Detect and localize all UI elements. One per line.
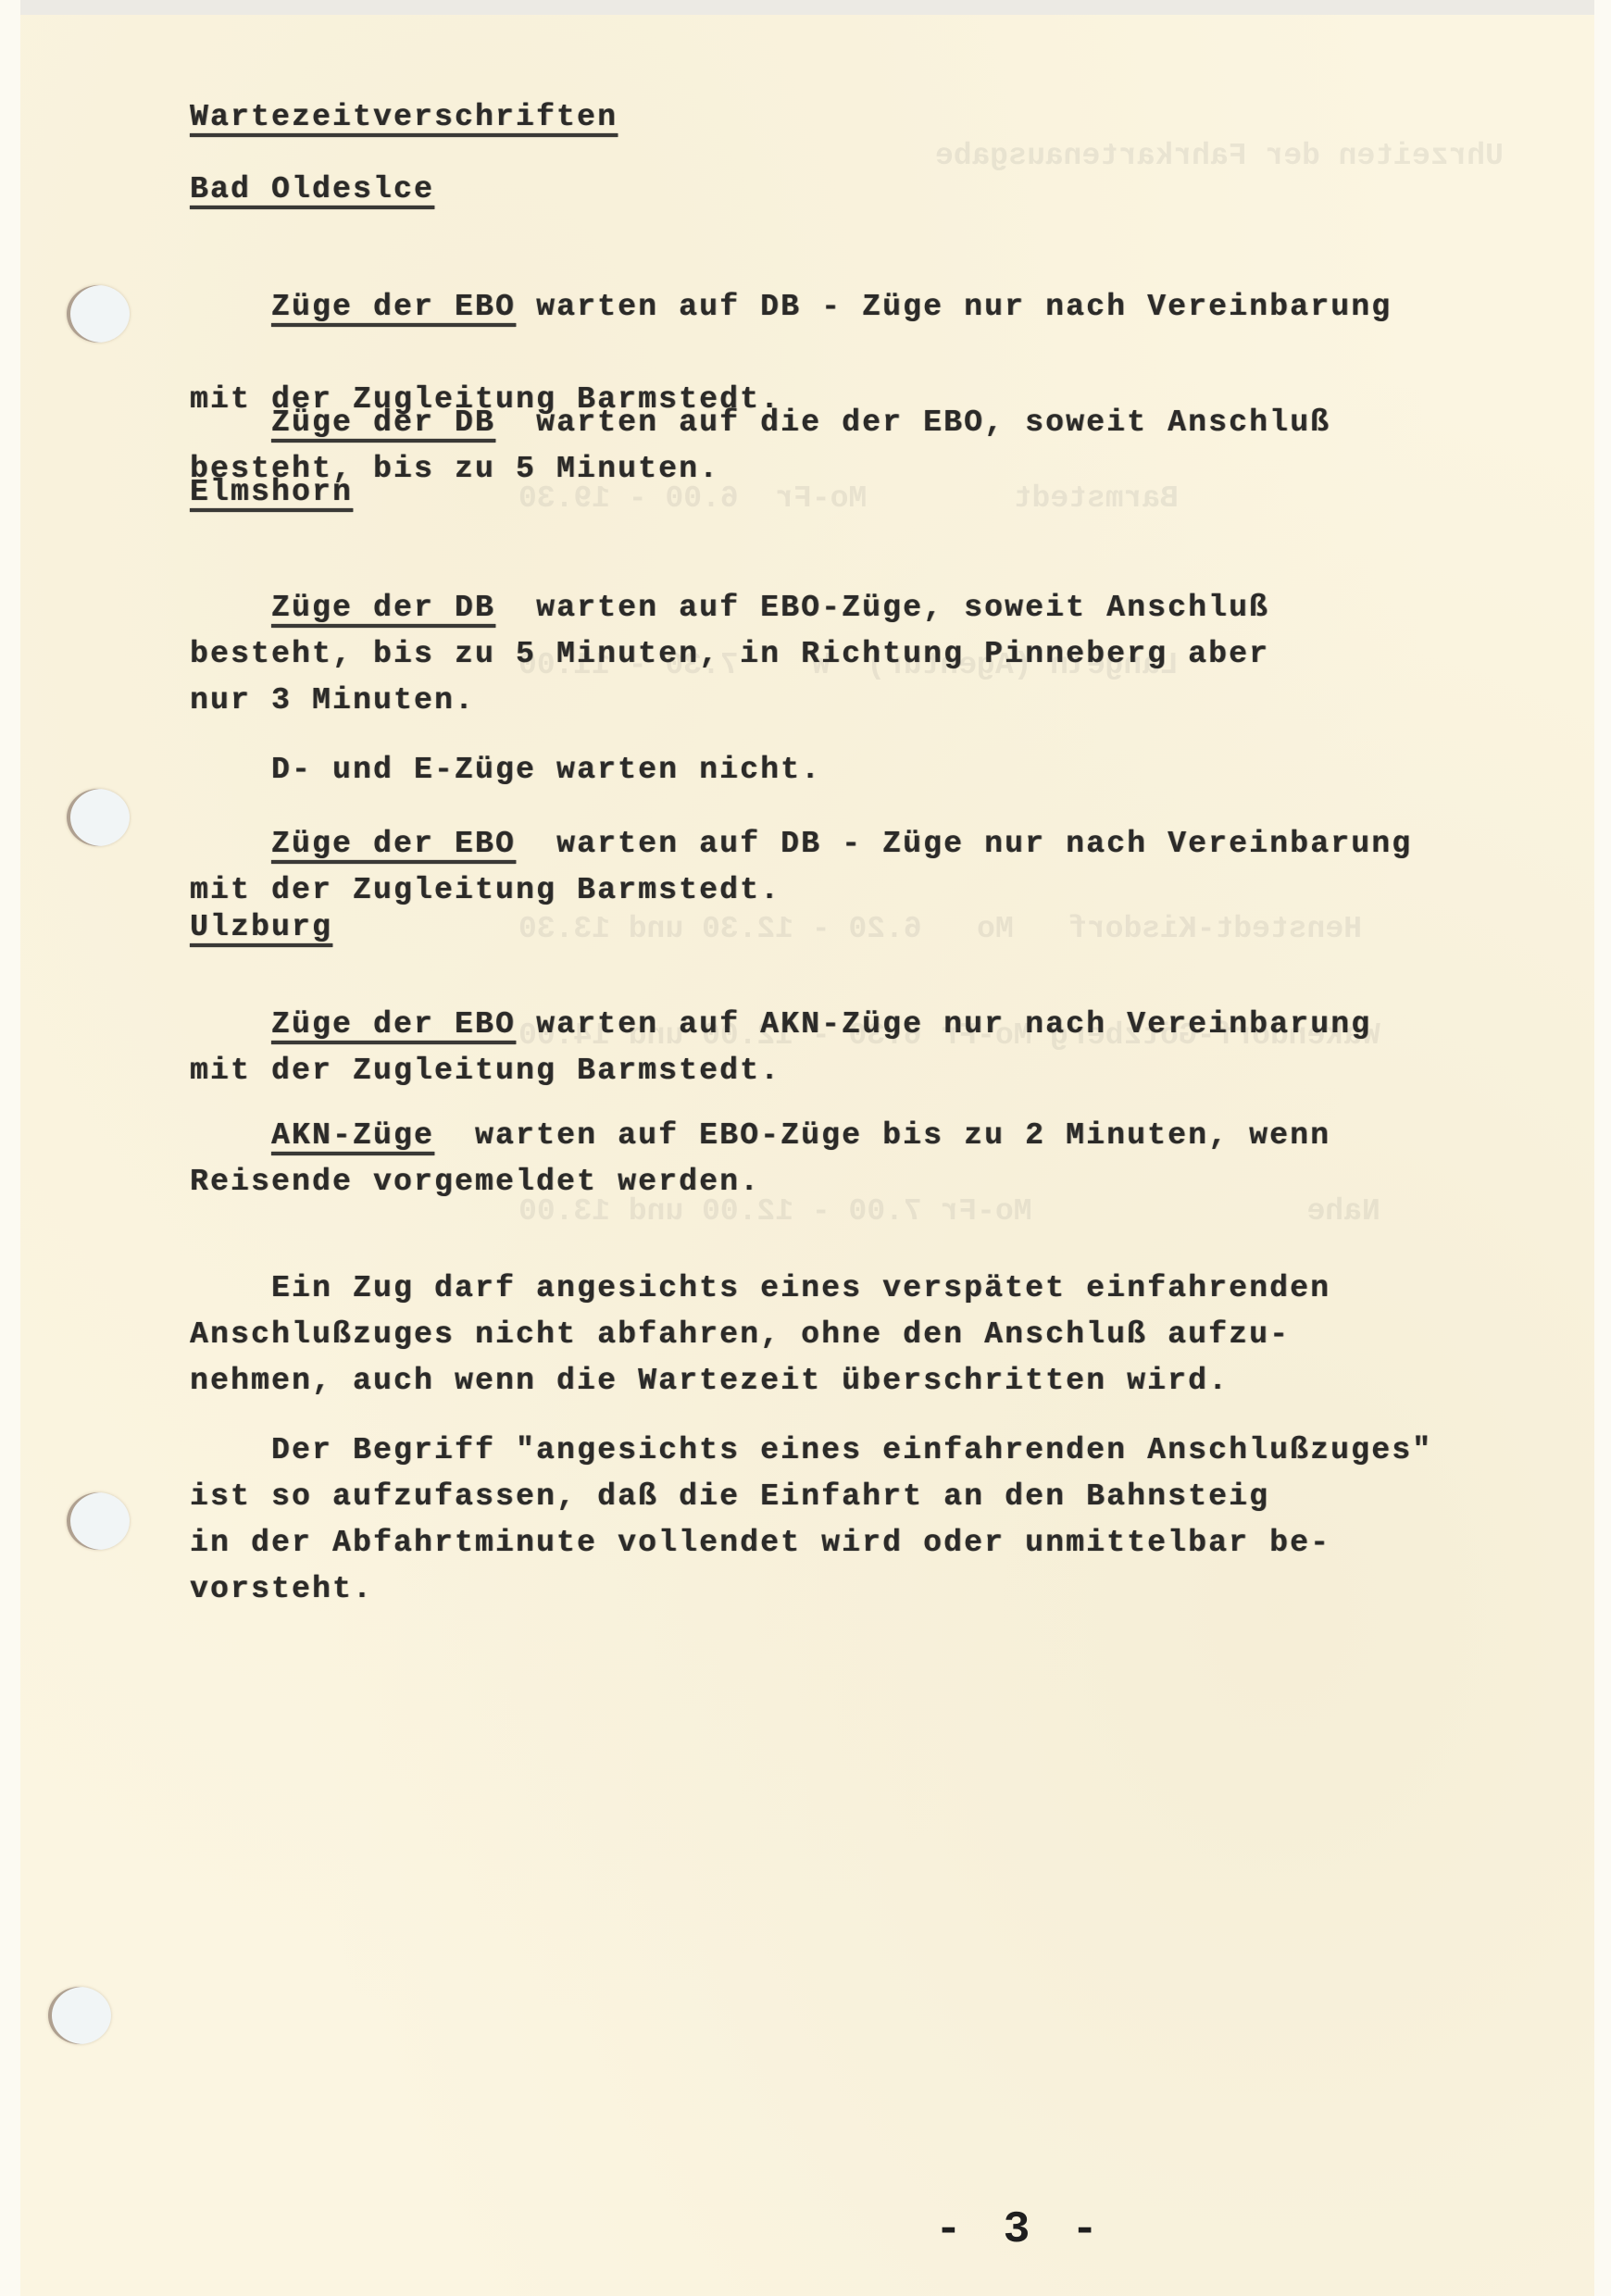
punch-hole bbox=[48, 1987, 111, 2044]
scan-right-border bbox=[1594, 0, 1611, 2296]
paragraph-definition: Der Begriff "angesichts eines einfahrend… bbox=[190, 1381, 1432, 1705]
section-heading-bad-oldesloe: Bad Oldeslce bbox=[190, 167, 434, 213]
paragraph-text: Der Begriff "angesichts eines einfahrend… bbox=[190, 1433, 1432, 1613]
scan-left-border bbox=[0, 0, 20, 2296]
punch-hole bbox=[67, 789, 130, 846]
section-heading-elmshorn: Elmshorn bbox=[190, 469, 353, 516]
page-number: - 3 - bbox=[935, 2205, 1105, 2255]
paragraph-lead: Züge der EBO bbox=[271, 290, 516, 324]
paragraph-lead: Züge der EBO bbox=[271, 827, 516, 861]
paragraph-line: warten auf DB - Züge nur nach Vereinbaru… bbox=[516, 290, 1392, 324]
section-heading-ulzburg: Ulzburg bbox=[190, 905, 332, 951]
paragraph-lead: Züge der EBO bbox=[271, 1007, 516, 1042]
paragraph-line: Reisende vorgemeldet werden. bbox=[190, 1159, 1330, 1205]
scan-top-border bbox=[0, 0, 1611, 15]
paragraph-lead: AKN-Züge bbox=[271, 1118, 434, 1153]
punch-hole bbox=[67, 1492, 130, 1550]
paragraph-line: besteht, bis zu 5 Minuten, in Richtung P… bbox=[190, 631, 1269, 678]
paragraph-lead: Züge der DB bbox=[271, 406, 495, 440]
paragraph-line: Anschlußzuges nicht abfahren, ohne den A… bbox=[190, 1312, 1330, 1358]
paragraph-line: in der Abfahrtminute vollendet wird oder… bbox=[190, 1520, 1432, 1566]
punch-hole bbox=[67, 285, 130, 343]
paragraph-lead: Züge der DB bbox=[271, 591, 495, 625]
paragraph-line: besteht, bis zu 5 Minuten. bbox=[190, 446, 1330, 493]
paragraph-line: vorsteht. bbox=[190, 1566, 1432, 1613]
paragraph-line: ist so aufzufassen, daß die Einfahrt an … bbox=[190, 1474, 1432, 1520]
paragraph-line: mit der Zugleitung Barmstedt. bbox=[190, 867, 1412, 914]
document-title: Wartezeitverschriften bbox=[190, 94, 618, 141]
